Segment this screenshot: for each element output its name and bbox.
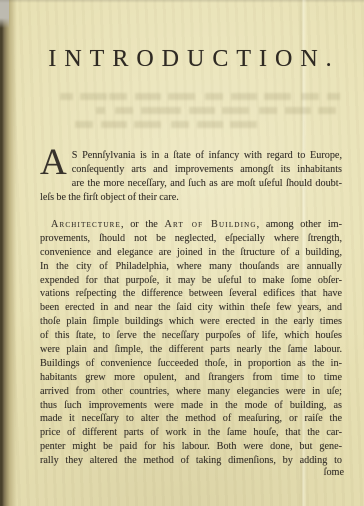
drop-cap: A bbox=[40, 149, 72, 177]
book-page-scan: INTRODUCTION. A S Pennſylvania is in a ſ… bbox=[0, 0, 364, 506]
page-edge-shadow bbox=[0, 0, 17, 506]
text-line: made it neceſſary to alter the method of… bbox=[40, 412, 342, 426]
text-segment: , among other im- bbox=[257, 219, 342, 230]
small-caps-phrase: Art of Building bbox=[164, 219, 256, 230]
text-line: leſs be the firſt object of their care. bbox=[40, 191, 342, 205]
text-line: expended for that purpoſe, it may be uſe… bbox=[40, 274, 342, 288]
catchword: ſome bbox=[324, 466, 344, 480]
text-line: thus ſuch improvements were made in the … bbox=[40, 399, 342, 413]
text-line: provements, ſhould not be neglected, eſp… bbox=[40, 232, 342, 246]
page-corner bbox=[0, 0, 9, 28]
small-caps-phrase: Architecture bbox=[51, 219, 121, 230]
text-line: arrived from other countries, where many… bbox=[40, 385, 342, 399]
text-line: Architecture, or the Art of Building, am… bbox=[40, 218, 342, 232]
text-line: vations reſpecting the difference betwee… bbox=[40, 287, 342, 301]
text-line: rally they altered the method of taking … bbox=[40, 454, 342, 468]
text-line: In the city of Philadelphia, where many … bbox=[40, 260, 342, 274]
text-line: been erected in and near the ſaid city w… bbox=[40, 301, 342, 315]
page-title: INTRODUCTION. bbox=[36, 46, 344, 73]
paragraph-architecture: Architecture, or the Art of Building, am… bbox=[40, 218, 342, 468]
text-line: of this ſtate, to ſerve the neceſſary pu… bbox=[40, 329, 342, 343]
text-line: S Pennſylvania is in a ſtate of infancy … bbox=[40, 149, 342, 163]
text-line: conſequently arts and improvements among… bbox=[40, 163, 342, 177]
text-line: habitants grew more opulent, and ſtrange… bbox=[40, 371, 342, 385]
text-segment: , or the bbox=[121, 219, 165, 230]
text-line: convenience and elegance are joined in t… bbox=[40, 246, 342, 260]
text-line: thoſe plain ſimple buildings which were … bbox=[40, 315, 342, 329]
text-line: Buildings of convenience ſucceeded thoſe… bbox=[40, 357, 342, 371]
text-line: were plain and ſimple, the different par… bbox=[40, 343, 342, 357]
page-top-shade bbox=[0, 0, 364, 3]
showthrough-line bbox=[96, 107, 336, 114]
paragraph-pennsylvania: A S Pennſylvania is in a ſtate of infanc… bbox=[40, 149, 342, 205]
showthrough-line bbox=[70, 121, 260, 128]
paragraph-lines: S Pennſylvania is in a ſtate of infancy … bbox=[40, 149, 342, 205]
text-line: price of different parts of work in the … bbox=[40, 426, 342, 440]
paragraph-lines: Architecture, or the Art of Building, am… bbox=[40, 218, 342, 468]
text-line: penter might be paid for his labour. Bot… bbox=[40, 440, 342, 454]
text-line: are the more neceſſary, and ſuch as are … bbox=[40, 177, 342, 191]
showthrough-line bbox=[60, 93, 340, 100]
